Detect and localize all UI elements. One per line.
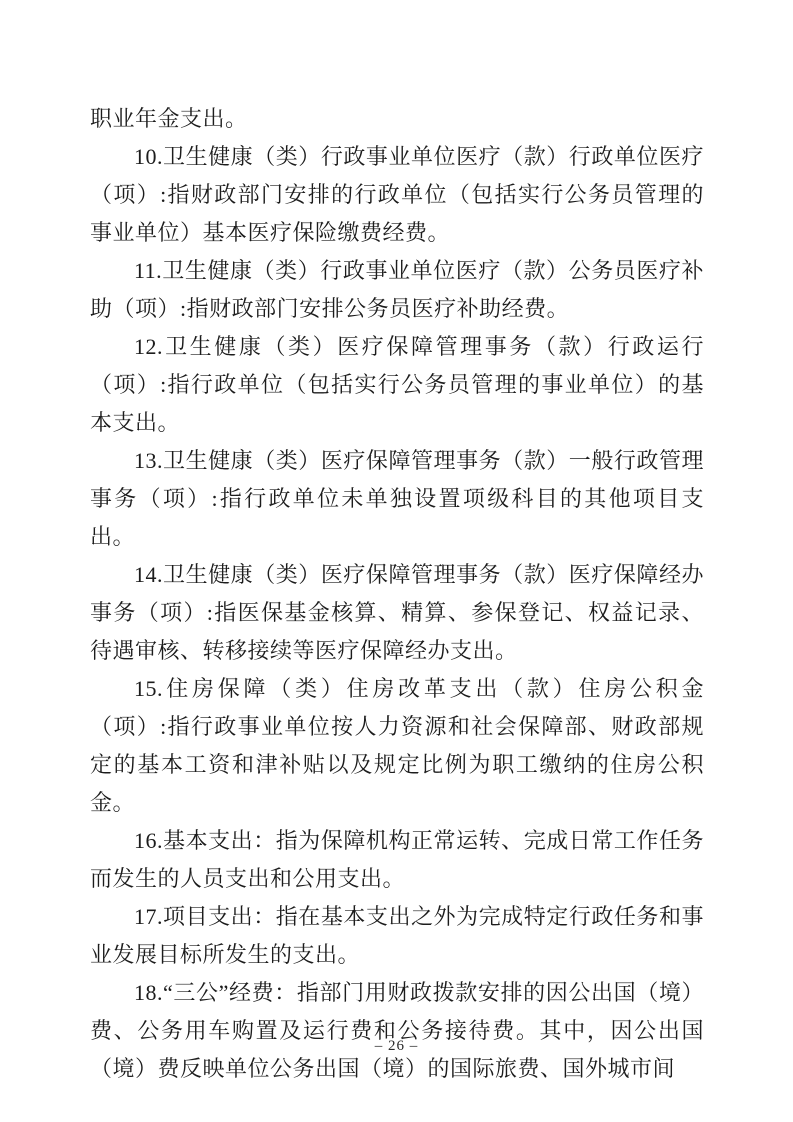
paragraph-item-17: 17.项目支出：指在基本支出之外为完成特定行政任务和事业发展目标所发生的支出。	[90, 898, 704, 974]
paragraph-item-11: 11.卫生健康（类）行政事业单位医疗（款）公务员医疗补助（项）:指财政部门安排公…	[90, 252, 704, 328]
paragraph-item-12: 12.卫生健康（类）医疗保障管理事务（款）行政运行（项）:指行政单位（包括实行公…	[90, 328, 704, 442]
paragraph-item-16: 16.基本支出：指为保障机构正常运转、完成日常工作任务而发生的人员支出和公用支出…	[90, 822, 704, 898]
page-number: – 26 –	[0, 1036, 793, 1056]
document-body: 职业年金支出。 10.卫生健康（类）行政事业单位医疗（款）行政单位医疗（项）:指…	[90, 100, 704, 1088]
paragraph-item-14: 14.卫生健康（类）医疗保障管理事务（款）医疗保障经办事务（项）:指医保基金核算…	[90, 556, 704, 670]
paragraph-item-13: 13.卫生健康（类）医疗保障管理事务（款）一般行政管理事务（项）:指行政单位未单…	[90, 442, 704, 556]
paragraph-item-18: 18.“三公”经费：指部门用财政拨款安排的因公出国（境）费、公务用车购置及运行费…	[90, 974, 704, 1088]
paragraph-continuation: 职业年金支出。	[90, 100, 704, 138]
paragraph-item-10: 10.卫生健康（类）行政事业单位医疗（款）行政单位医疗（项）:指财政部门安排的行…	[90, 138, 704, 252]
paragraph-item-15: 15.住房保障（类）住房改革支出（款）住房公积金（项）:指行政事业单位按人力资源…	[90, 670, 704, 822]
document-page: 职业年金支出。 10.卫生健康（类）行政事业单位医疗（款）行政单位医疗（项）:指…	[0, 0, 793, 1122]
